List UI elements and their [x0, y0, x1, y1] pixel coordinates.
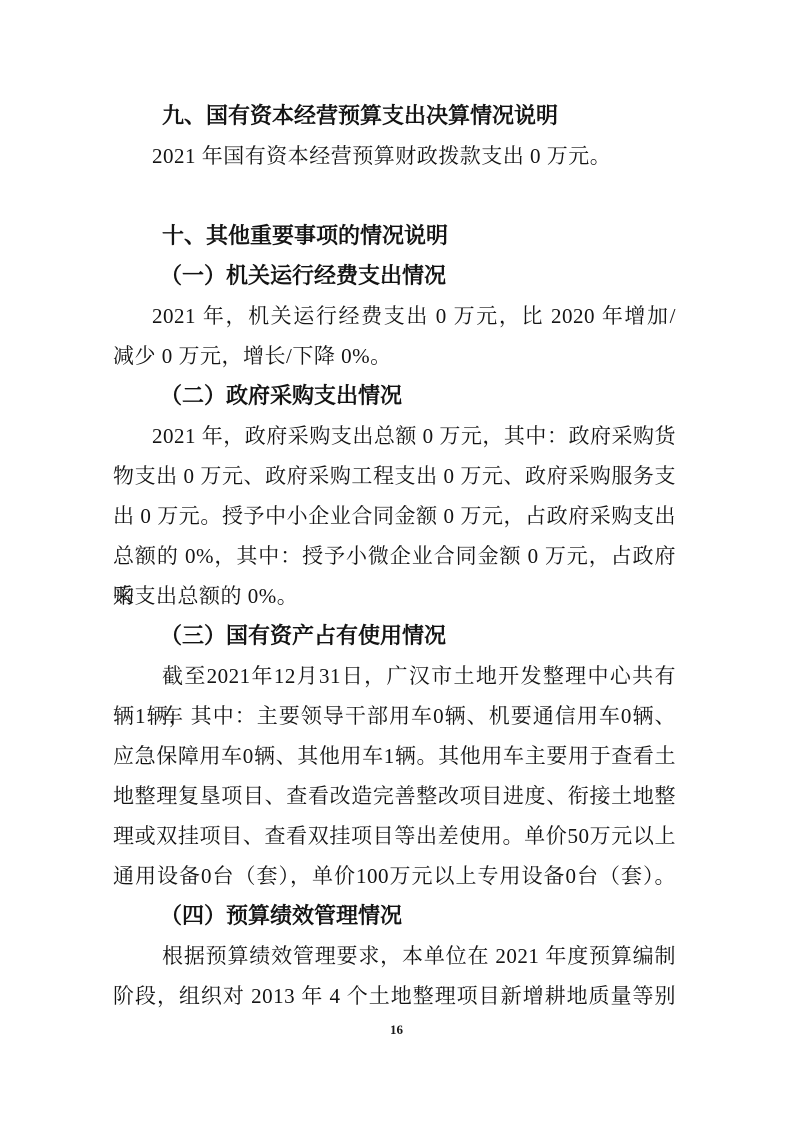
text-line: 2021 年，政府采购支出总额 0 万元，其中：政府采购货: [152, 416, 676, 456]
text-line: 辆1辆，其中：主要领导干部用车0辆、机要通信用车0辆、: [113, 696, 676, 736]
text-line: 地整理复垦项目、查看改造完善整改项目进度、衔接土地整: [113, 776, 676, 816]
section-heading: 九、国有资本经营预算支出决算情况说明: [162, 96, 558, 136]
section-heading: （四）预算绩效管理情况: [160, 896, 402, 936]
text-line: 2021 年国有资本经营预算财政拨款支出 0 万元。: [152, 136, 611, 176]
text-line: 通用设备0台（套），单价100万元以上专用设备0台（套）。: [113, 856, 676, 896]
text-line: 减少 0 万元，增长/下降 0%。: [113, 336, 392, 376]
text-line: 购支出总额的 0%。: [113, 576, 298, 616]
text-line: 2021 年，机关运行经费支出 0 万元，比 2020 年增加/: [152, 296, 676, 336]
text-line: 物支出 0 万元、政府采购工程支出 0 万元、政府采购服务支: [113, 456, 676, 496]
document-page: 16 九、国有资本经营预算支出决算情况说明2021 年国有资本经营预算财政拨款支…: [0, 0, 793, 1122]
page-number: 16: [0, 1021, 793, 1039]
text-line: 应急保障用车0辆、其他用车1辆。其他用车主要用于查看土: [113, 736, 676, 776]
text-line: 根据预算绩效管理要求，本单位在 2021 年度预算编制: [162, 936, 676, 976]
section-heading: （三）国有资产占有使用情况: [160, 616, 446, 656]
section-heading: （二）政府采购支出情况: [160, 376, 402, 416]
text-line: 出 0 万元。授予中小企业合同金额 0 万元，占政府采购支出: [113, 496, 676, 536]
section-heading: 十、其他重要事项的情况说明: [162, 216, 448, 256]
text-line: 阶段，组织对 2013 年 4 个土地整理项目新增耕地质量等别: [113, 976, 676, 1016]
text-line: 理或双挂项目、查看双挂项目等出差使用。单价50万元以上: [113, 816, 676, 856]
section-heading: （一）机关运行经费支出情况: [160, 256, 446, 296]
